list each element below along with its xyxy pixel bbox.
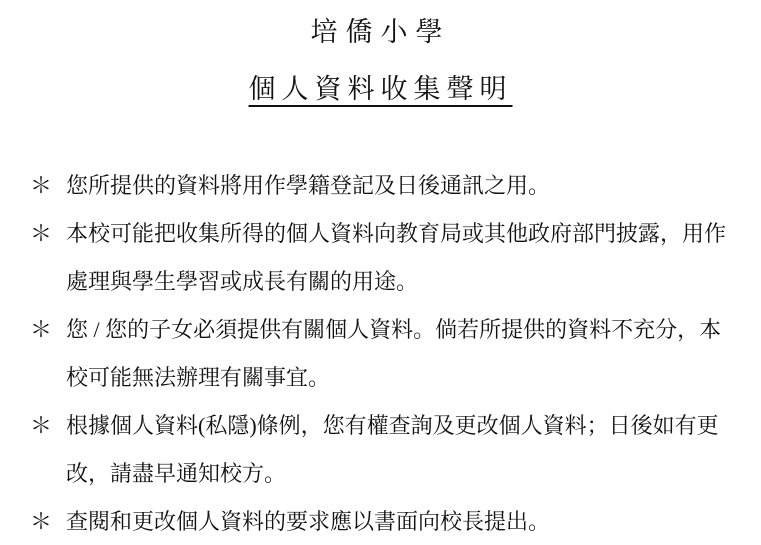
- page-title: 培僑小學: [0, 0, 761, 49]
- list-item: ＊ 根據個人資料(私隱)條例，您有權查詢及更改個人資料；日後如有更改，請盡早通知…: [30, 402, 735, 498]
- list-item: ＊ 查閱和更改個人資料的要求應以書面向校長提出。: [30, 498, 735, 545]
- page-subtitle: 個人資料收集聲明: [0, 67, 761, 106]
- asterisk-bullet-icon: ＊: [30, 306, 66, 354]
- asterisk-bullet-icon: ＊: [30, 162, 66, 210]
- statement-text: 您 / 您的子女必須提供有關個人資料。倘若所提供的資料不充分，本校可能無法辦理有…: [66, 306, 735, 402]
- list-item: ＊ 您所提供的資料將用作學籍登記及日後通訊之用。: [30, 162, 735, 210]
- asterisk-bullet-icon: ＊: [30, 210, 66, 258]
- document-page: 培僑小學 個人資料收集聲明 ＊ 您所提供的資料將用作學籍登記及日後通訊之用。 ＊…: [0, 0, 761, 545]
- statement-list: ＊ 您所提供的資料將用作學籍登記及日後通訊之用。 ＊ 本校可能把收集所得的個人資…: [0, 162, 761, 545]
- statement-text: 您所提供的資料將用作學籍登記及日後通訊之用。: [66, 162, 735, 210]
- statement-text: 本校可能把收集所得的個人資料向教育局或其他政府部門披露，用作處理與學生學習或成長…: [66, 210, 735, 306]
- list-item: ＊ 本校可能把收集所得的個人資料向教育局或其他政府部門披露，用作處理與學生學習或…: [30, 210, 735, 306]
- asterisk-bullet-icon: ＊: [30, 498, 66, 545]
- asterisk-bullet-icon: ＊: [30, 402, 66, 450]
- statement-text: 查閱和更改個人資料的要求應以書面向校長提出。: [66, 498, 735, 545]
- list-item: ＊ 您 / 您的子女必須提供有關個人資料。倘若所提供的資料不充分，本校可能無法辦…: [30, 306, 735, 402]
- statement-text: 根據個人資料(私隱)條例，您有權查詢及更改個人資料；日後如有更改，請盡早通知校方…: [66, 402, 735, 498]
- page-subtitle-text: 個人資料收集聲明: [249, 74, 513, 104]
